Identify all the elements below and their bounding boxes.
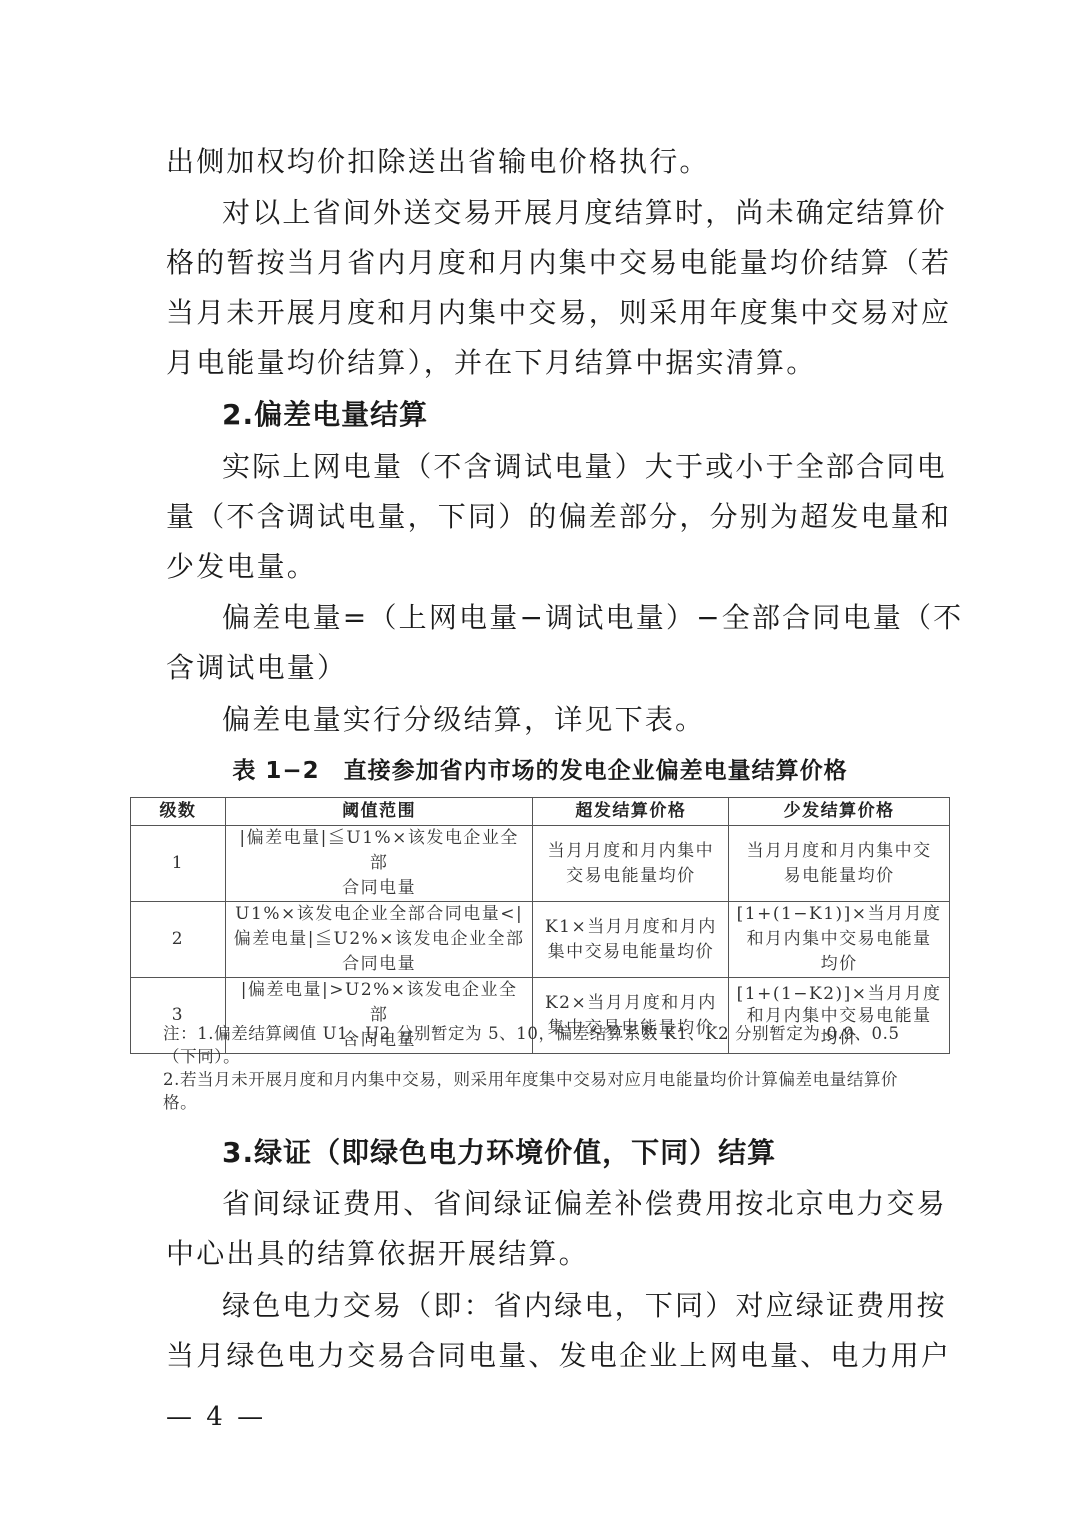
cell-text: 当月月度和月内集中 xyxy=(539,839,722,864)
document-page: 出侧加权均价扣除送出省输电价格执行。 对以上省间外送交易开展月度结算时，尚未确定… xyxy=(0,0,1080,1527)
cell-text: |偏差电量|>U2%×该发电企业全部 xyxy=(232,978,527,1028)
cell-text: 交易电能量均价 xyxy=(539,864,722,889)
cell-level: 1 xyxy=(131,826,226,902)
section-heading-deviation: 2.偏差电量结算 xyxy=(222,398,972,432)
formula-line: 偏差电量=（上网电量−调试电量）−全部合同电量（不 xyxy=(222,601,972,635)
cell-text: K1×当月月度和月内 xyxy=(539,915,722,940)
cell-text: 和月内集中交易电能量 xyxy=(735,927,943,952)
header-threshold: 阈值范围 xyxy=(225,798,533,826)
cell-threshold: U1%×该发电企业全部合同电量<|偏差电量|≦U2%×该发电企业全部合同电量 xyxy=(225,902,533,978)
cell-text: 合同电量 xyxy=(232,876,527,901)
header-over-price: 超发结算价格 xyxy=(533,798,729,826)
paragraph-line: 出侧加权均价扣除送出省输电价格执行。 xyxy=(166,145,916,179)
deviation-settlement-table: 级数 阈值范围 超发结算价格 少发结算价格 1 |偏差电量|≦U1%×该发电企业… xyxy=(130,797,950,1054)
cell-text: [1+(1−K2)]×当月月度 xyxy=(735,983,943,1005)
table-header-row: 级数 阈值范围 超发结算价格 少发结算价格 xyxy=(131,798,950,826)
paragraph-line: 少发电量。 xyxy=(166,550,916,584)
header-level: 级数 xyxy=(131,798,226,826)
table-note: 注：1.偏差结算阈值 U1、U2 分别暂定为 5、10，偏差结算系数 K1、K2… xyxy=(163,1022,923,1068)
paragraph-line: 偏差电量实行分级结算，详见下表。 xyxy=(222,703,972,737)
paragraph-line: 中心出具的结算依据开展结算。 xyxy=(166,1237,916,1271)
table-row: 2 U1%×该发电企业全部合同电量<|偏差电量|≦U2%×该发电企业全部合同电量… xyxy=(131,902,950,978)
table-caption: 表 1−2 直接参加省内市场的发电企业偏差电量结算价格 xyxy=(130,752,950,785)
paragraph-line: 量（不含调试电量，下同）的偏差部分，分别为超发电量和 xyxy=(166,500,916,534)
cell-under-price: [1+(1−K1)]×当月月度和月内集中交易电能量均价 xyxy=(729,902,950,978)
cell-text: 偏差电量|≦U2%×该发电企业全部 xyxy=(232,927,527,952)
table-note: 2.若当月未开展月度和月内集中交易，则采用年度集中交易对应月电能量均价计算偏差电… xyxy=(163,1068,923,1114)
paragraph-line: 当月绿色电力交易合同电量、发电企业上网电量、电力用户 xyxy=(166,1339,916,1373)
paragraph-line: 省间绿证费用、省间绿证偏差补偿费用按北京电力交易 xyxy=(222,1187,972,1221)
section-heading-green-cert: 3.绿证（即绿色电力环境价值，下同）结算 xyxy=(222,1136,972,1170)
page-number: — 4 — xyxy=(166,1402,266,1432)
cell-level: 2 xyxy=(131,902,226,978)
cell-threshold: |偏差电量|≦U1%×该发电企业全部合同电量 xyxy=(225,826,533,902)
paragraph-line: 对以上省间外送交易开展月度结算时，尚未确定结算价 xyxy=(222,196,972,230)
cell-text: U1%×该发电企业全部合同电量<| xyxy=(232,902,527,927)
paragraph-line: 格的暂按当月省内月度和月内集中交易电能量均价结算（若 xyxy=(166,246,916,280)
paragraph-line: 绿色电力交易（即：省内绿电，下同）对应绿证费用按 xyxy=(222,1289,972,1323)
cell-text: 均价 xyxy=(735,952,943,977)
paragraph-line: 实际上网电量（不含调试电量）大于或小于全部合同电 xyxy=(222,450,972,484)
cell-text: 易电能量均价 xyxy=(735,864,943,889)
paragraph-line: 当月未开展月度和月内集中交易，则采用年度集中交易对应 xyxy=(166,296,916,330)
cell-text: |偏差电量|≦U1%×该发电企业全部 xyxy=(232,826,527,876)
cell-text: 当月月度和月内集中交 xyxy=(735,839,943,864)
paragraph-line: 月电能量均价结算），并在下月结算中据实清算。 xyxy=(166,346,916,380)
cell-text: [1+(1−K1)]×当月月度 xyxy=(735,902,943,927)
cell-text: K2×当月月度和月内 xyxy=(539,991,722,1016)
cell-under-price: 当月月度和月内集中交易电能量均价 xyxy=(729,826,950,902)
cell-text: 集中交易电能量均价 xyxy=(539,940,722,965)
cell-over-price: 当月月度和月内集中交易电能量均价 xyxy=(533,826,729,902)
formula-line: 含调试电量） xyxy=(166,651,916,685)
header-under-price: 少发结算价格 xyxy=(729,798,950,826)
cell-over-price: K1×当月月度和月内集中交易电能量均价 xyxy=(533,902,729,978)
table-row: 1 |偏差电量|≦U1%×该发电企业全部合同电量 当月月度和月内集中交易电能量均… xyxy=(131,826,950,902)
cell-text: 合同电量 xyxy=(232,952,527,977)
table-notes: 注：1.偏差结算阈值 U1、U2 分别暂定为 5、10，偏差结算系数 K1、K2… xyxy=(163,1022,923,1114)
